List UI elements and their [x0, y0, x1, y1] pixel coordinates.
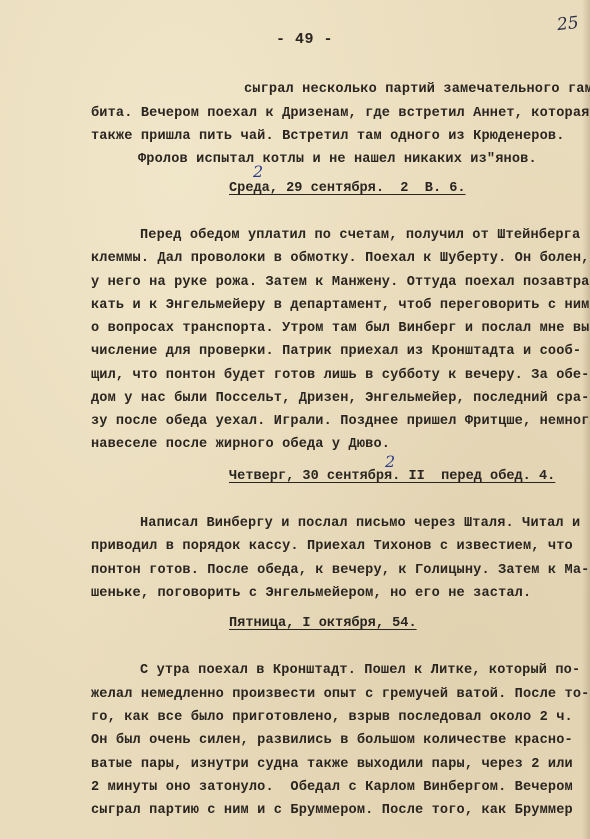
- text-line: го, как все было приготовлено, взрыв пос…: [91, 709, 573, 726]
- text-line: Перед обедом уплатил по счетам, получил …: [140, 227, 580, 244]
- text-line: зу после обеда уехал. Играли. Позднее пр…: [91, 413, 590, 430]
- text-line: числение для проверки. Патрик приехал из…: [91, 343, 581, 360]
- text-line: о вопросах транспорта. Утром там был Вин…: [91, 320, 590, 337]
- text-line: Написал Винбергу и послал письмо через Ш…: [140, 515, 580, 532]
- text-line: ватые пары, изнутри судна также выходили…: [91, 756, 573, 773]
- text-line: сыграл несколько партий замечательного г…: [244, 81, 590, 98]
- text-line: 2 минуты оно затонуло. Обедал с Карлом В…: [91, 779, 573, 796]
- text-line: щил, что понтон будет готов лишь в суббо…: [91, 367, 589, 384]
- handwritten-annotation: 2: [385, 452, 395, 471]
- text-line: также пришла пить чай. Встретил там одно…: [91, 128, 565, 145]
- text-line: шеньке, поговорить с Энгельмейером, но е…: [91, 585, 531, 602]
- document-page: 25 - 49 - сыграл несколько партий замеча…: [0, 0, 590, 839]
- text-line: бита. Вечером поехал к Дризенам, где вст…: [91, 105, 589, 122]
- text-line: приводил в порядок кассу. Приехал Тихоно…: [91, 538, 573, 555]
- text-line: Он был очень силен, развились в большом …: [91, 732, 573, 749]
- entry-heading: Пятница, I октября, 54.: [229, 615, 417, 632]
- text-line: желал немедленно произвести опыт с грему…: [91, 686, 589, 703]
- text-line: навеселе после жирного обеда у Дюво.: [91, 436, 390, 453]
- text-line: кать и к Энгельмейеру в департамент, что…: [91, 297, 589, 314]
- text-line: понтон готов. После обеда, к вечеру, к Г…: [91, 562, 589, 579]
- page-number: - 49 -: [276, 31, 333, 48]
- text-line: сыграл партию с ним и с Бруммером. После…: [91, 802, 573, 819]
- archive-folio-number: 25: [556, 13, 580, 35]
- text-line: у него на руке рожа. Затем к Манжену. От…: [91, 274, 590, 291]
- text-line: С утра поехал в Кронштадт. Пошел к Литке…: [140, 662, 580, 679]
- text-line: дом у нас были Поссельт, Дризен, Энгельм…: [91, 390, 589, 407]
- text-line: клеммы. Дал проволоки в обмотку. Поехал …: [91, 250, 589, 267]
- text-line: Фролов испытал котлы и не нашел никаких …: [138, 151, 537, 168]
- handwritten-annotation: 2: [253, 162, 263, 181]
- entry-heading: Среда, 29 сентября. 2 В. 6.: [229, 180, 466, 197]
